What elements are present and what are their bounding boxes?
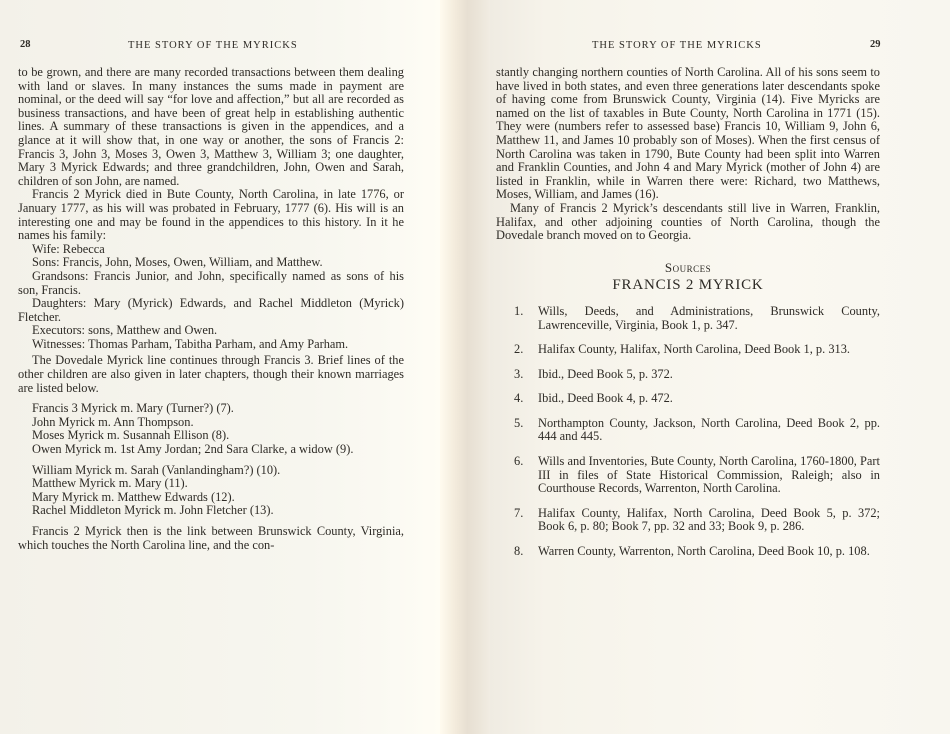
marriages-list-2: William Myrick m. Sarah (Vanlandingham?)… [18, 464, 404, 518]
paragraph: to be grown, and there are many recorded… [18, 66, 404, 188]
marriage-entry: Moses Myrick m. Susannah Ellison (8). [18, 429, 404, 443]
source-item: 4. Ibid., Deed Book 4, p. 472. [496, 392, 880, 406]
book-spread: 28 THE STORY OF THE MYRICKS to be grown,… [0, 0, 950, 734]
source-number: 7. [496, 507, 538, 534]
source-number: 4. [496, 392, 538, 406]
paragraph: Francis 2 Myrick died in Bute County, No… [18, 188, 404, 242]
running-head-right: THE STORY OF THE MYRICKS [592, 40, 762, 51]
family-sons: Sons: Francis, John, Moses, Owen, Willia… [18, 256, 404, 270]
page-number-right: 29 [870, 39, 881, 50]
family-wife: Wife: Rebecca [18, 243, 404, 257]
source-text: Northampton County, Jackson, North Carol… [538, 417, 880, 444]
source-number: 3. [496, 368, 538, 382]
marriage-entry: Mary Myrick m. Matthew Edwards (12). [18, 491, 404, 505]
section-heading: FRANCIS 2 MYRICK [496, 279, 880, 293]
source-number: 8. [496, 545, 538, 559]
marriage-entry: Francis 3 Myrick m. Mary (Turner?) (7). [18, 402, 404, 416]
source-item: 2. Halifax County, Halifax, North Caroli… [496, 343, 880, 357]
running-head-left: THE STORY OF THE MYRICKS [128, 40, 298, 51]
source-text: Halifax County, Halifax, North Carolina,… [538, 343, 880, 357]
right-page: THE STORY OF THE MYRICKS 29 stantly chan… [490, 0, 950, 734]
family-list: Wife: Rebecca Sons: Francis, John, Moses… [18, 243, 404, 352]
marriage-entry: Owen Myrick m. 1st Amy Jordan; 2nd Sara … [18, 443, 404, 457]
marriage-entry: Rachel Middleton Myrick m. John Fletcher… [18, 504, 404, 518]
left-page: 28 THE STORY OF THE MYRICKS to be grown,… [0, 0, 440, 734]
source-text: Ibid., Deed Book 4, p. 472. [538, 392, 880, 406]
paragraph-dovedale: The Dovedale Myrick line continues throu… [18, 354, 404, 395]
source-item: 7. Halifax County, Halifax, North Caroli… [496, 507, 880, 534]
family-daughters: Daughters: Mary (Myrick) Edwards, and Ra… [18, 297, 404, 324]
sources-list: 1. Wills, Deeds, and Administrations, Br… [496, 305, 880, 559]
page-number-left: 28 [20, 39, 31, 50]
paragraph-closing: Francis 2 Myrick then is the link betwee… [18, 525, 404, 552]
right-page-body: stantly changing northern counties of No… [496, 66, 880, 570]
source-text: Warren County, Warrenton, North Carolina… [538, 545, 880, 559]
family-grandsons: Grandsons: Francis Junior, and John, spe… [18, 270, 404, 297]
family-executors: Executors: sons, Matthew and Owen. [18, 324, 404, 338]
source-number: 6. [496, 455, 538, 496]
source-item: 5. Northampton County, Jackson, North Ca… [496, 417, 880, 444]
family-witnesses: Witnesses: Thomas Parham, Tabitha Parham… [18, 338, 404, 352]
source-item: 1. Wills, Deeds, and Administrations, Br… [496, 305, 880, 332]
sources-heading: Sources [496, 261, 880, 275]
paragraph: Many of Francis 2 Myrick’s descendants s… [496, 202, 880, 243]
source-text: Wills, Deeds, and Administrations, Bruns… [538, 305, 880, 332]
marriage-entry: William Myrick m. Sarah (Vanlandingham?)… [18, 464, 404, 478]
marriages-list-1: Francis 3 Myrick m. Mary (Turner?) (7). … [18, 402, 404, 456]
source-number: 2. [496, 343, 538, 357]
marriage-entry: John Myrick m. Ann Thompson. [18, 416, 404, 430]
marriage-entry: Matthew Myrick m. Mary (11). [18, 477, 404, 491]
source-number: 1. [496, 305, 538, 332]
source-text: Ibid., Deed Book 5, p. 372. [538, 368, 880, 382]
source-item: 6. Wills and Inventories, Bute County, N… [496, 455, 880, 496]
source-text: Halifax County, Halifax, North Carolina,… [538, 507, 880, 534]
left-page-body: to be grown, and there are many recorded… [18, 66, 404, 552]
source-item: 8. Warren County, Warrenton, North Carol… [496, 545, 880, 559]
source-text: Wills and Inventories, Bute County, Nort… [538, 455, 880, 496]
source-item: 3. Ibid., Deed Book 5, p. 372. [496, 368, 880, 382]
source-number: 5. [496, 417, 538, 444]
paragraph: stantly changing northern counties of No… [496, 66, 880, 202]
book-gutter [440, 0, 490, 734]
